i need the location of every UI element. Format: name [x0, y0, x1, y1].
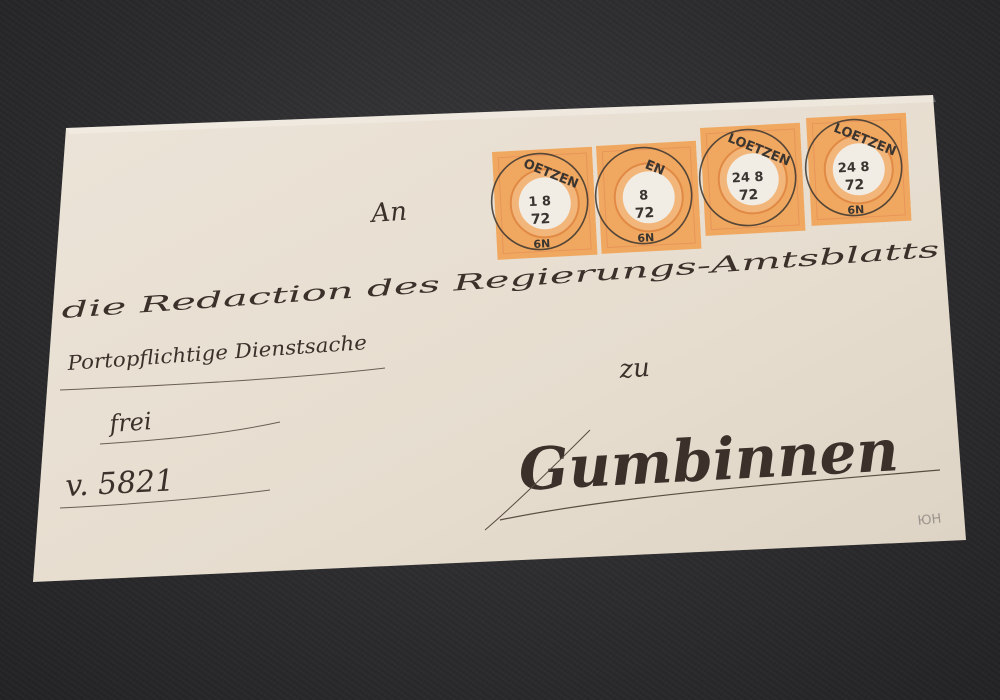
- svg-text:6N: 6N: [847, 203, 865, 217]
- svg-text:24 8: 24 8: [837, 160, 869, 177]
- svg-text:72: 72: [634, 205, 654, 222]
- pencil-note: ЮН: [917, 512, 942, 529]
- svg-text:6N: 6N: [533, 237, 551, 251]
- svg-text:72: 72: [738, 187, 758, 204]
- svg-text:1 8: 1 8: [528, 194, 551, 210]
- svg-text:72: 72: [530, 211, 550, 228]
- envelope-cover: OETZEN1 8726NEN8726NLOETZEN24 872LOETZEN…: [0, 0, 1000, 700]
- svg-text:8: 8: [639, 188, 649, 203]
- stamp: OETZEN1 8726N: [489, 145, 600, 262]
- note-line-2: frei: [106, 407, 152, 438]
- svg-text:72: 72: [844, 177, 864, 194]
- stamp: LOETZEN24 872: [697, 121, 808, 238]
- stamp: EN8726N: [593, 139, 704, 256]
- svg-text:6N: 6N: [637, 231, 655, 245]
- address-line-2: zu: [617, 353, 650, 385]
- note-line-3: v. 5821: [65, 463, 175, 504]
- svg-text:24 8: 24 8: [731, 170, 763, 187]
- salutation-text: An: [368, 197, 408, 230]
- stamp: LOETZEN24 8726N: [803, 111, 914, 228]
